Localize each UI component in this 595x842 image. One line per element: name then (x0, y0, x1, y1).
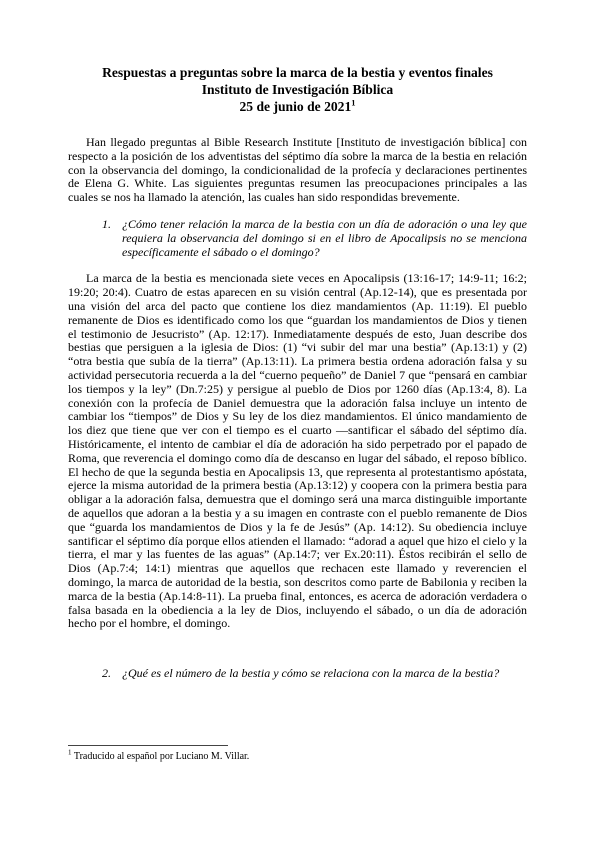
page-title: Respuestas a preguntas sobre la marca de… (68, 64, 527, 81)
intro-paragraph: Han llegado preguntas al Bible Research … (68, 136, 527, 205)
question-2-text: ¿Qué es el número de la bestia y cómo se… (122, 667, 527, 681)
footnote-marker: 1 (68, 749, 72, 757)
footnote-text: Traducido al español por Luciano M. Vill… (74, 751, 249, 762)
footnote-area: 1 Traducido al español por Luciano M. Vi… (68, 745, 527, 764)
document-page: Respuestas a preguntas sobre la marca de… (0, 0, 595, 842)
answer-1-paragraph: La marca de la bestia es mencionada siet… (68, 272, 527, 631)
question-1-text: ¿Cómo tener relación la marca de la best… (122, 218, 527, 259)
footnote: 1 Traducido al español por Luciano M. Vi… (68, 751, 527, 764)
question-2-item: 2. ¿Qué es el número de la bestia y cómo… (102, 667, 527, 681)
question-1-number: 1. (102, 218, 122, 259)
question-1-item: 1. ¿Cómo tener relación la marca de la b… (102, 218, 527, 259)
date-line: 25 de junio de 20211 (68, 98, 527, 115)
title-block: Respuestas a preguntas sobre la marca de… (68, 64, 527, 115)
question-2-number: 2. (102, 667, 122, 681)
date-text: 25 de junio de 2021 (239, 99, 351, 114)
footnote-separator (68, 745, 228, 746)
footnote-ref-superscript: 1 (351, 97, 355, 107)
organization-title: Instituto de Investigación Bíblica (68, 81, 527, 98)
